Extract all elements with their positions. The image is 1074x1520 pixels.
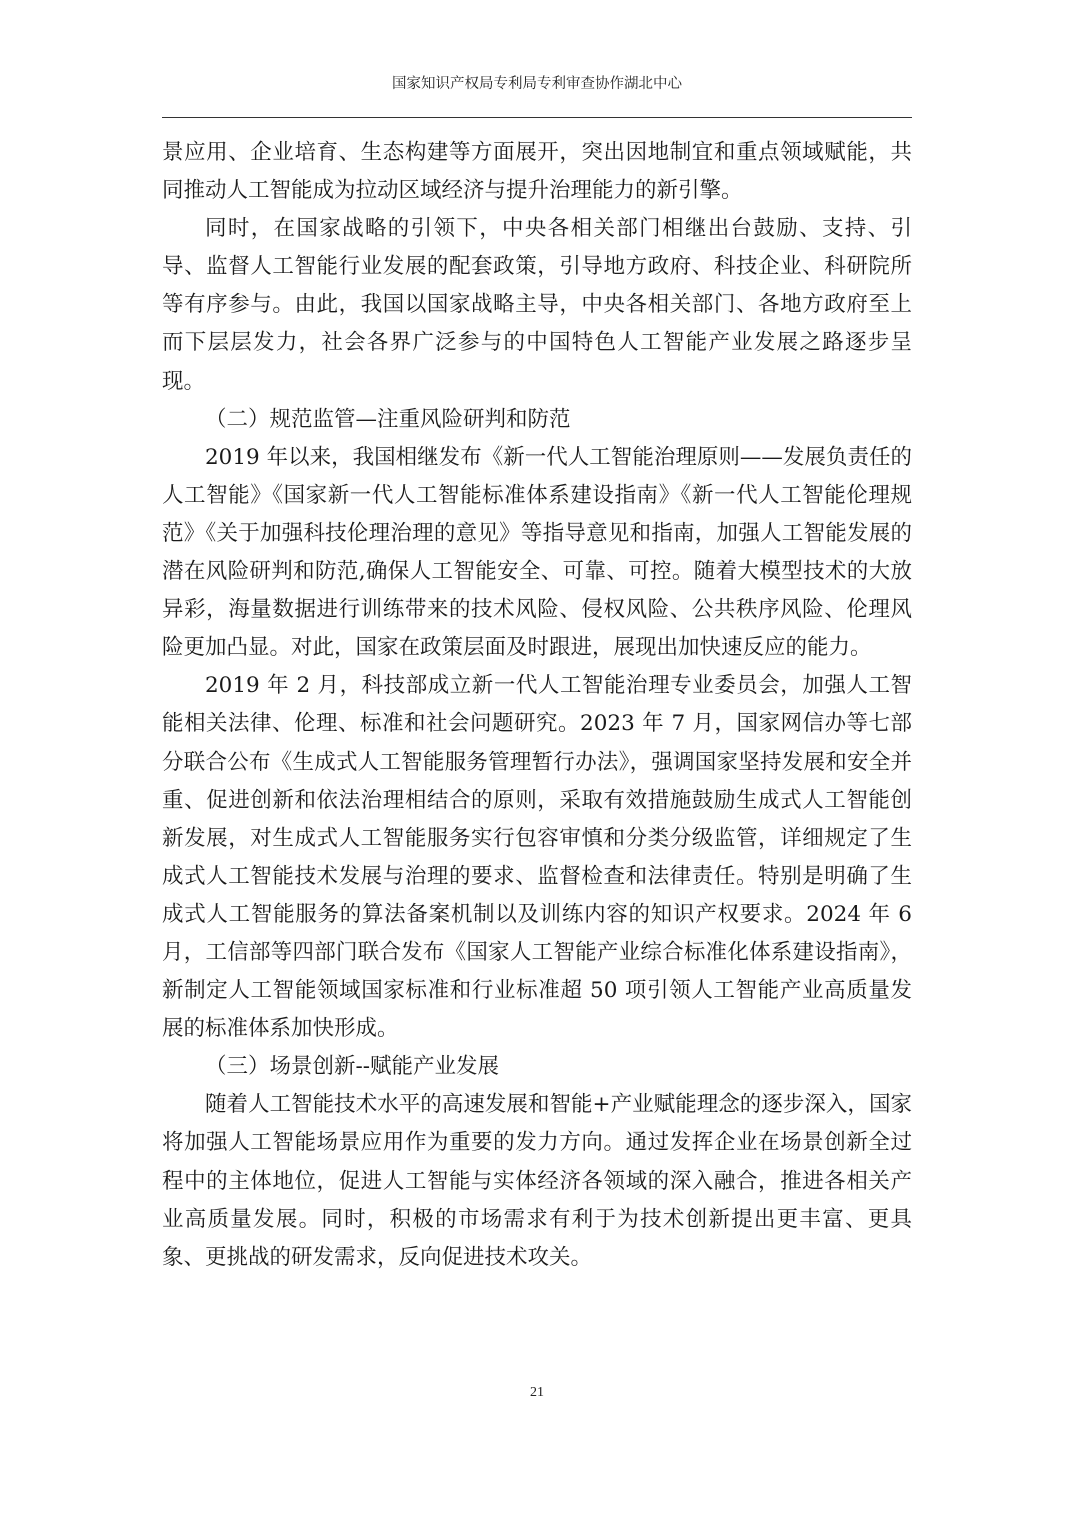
running-header: 国家知识产权局专利局专利审查协作湖北中心 [162, 72, 912, 93]
section-heading: （三）场景创新--赋能产业发展 [162, 1048, 912, 1086]
header-divider [162, 117, 912, 118]
paragraph: 同时，在国家战略的引领下，中央各相关部门相继出台鼓励、支持、引导、监督人工智能行… [162, 210, 912, 400]
page-number: 21 [0, 1385, 1074, 1401]
section-heading: （二）规范监管—注重风险研判和防范 [162, 401, 912, 439]
paragraph-continuation: 景应用、企业培育、生态构建等方面展开，突出因地制宜和重点领域赋能，共同推动人工智… [162, 134, 912, 210]
paragraph: 2019 年以来，我国相继发布《新一代人工智能治理原则——发展负责任的人工智能》… [162, 439, 912, 668]
paragraph: 随着人工智能技术水平的高速发展和智能+产业赋能理念的逐步深入，国家将加强人工智能… [162, 1086, 912, 1276]
page-body: 景应用、企业培育、生态构建等方面展开，突出因地制宜和重点领域赋能，共同推动人工智… [162, 134, 912, 1277]
paragraph: 2019 年 2 月，科技部成立新一代人工智能治理专业委员会，加强人工智能相关法… [162, 667, 912, 1048]
